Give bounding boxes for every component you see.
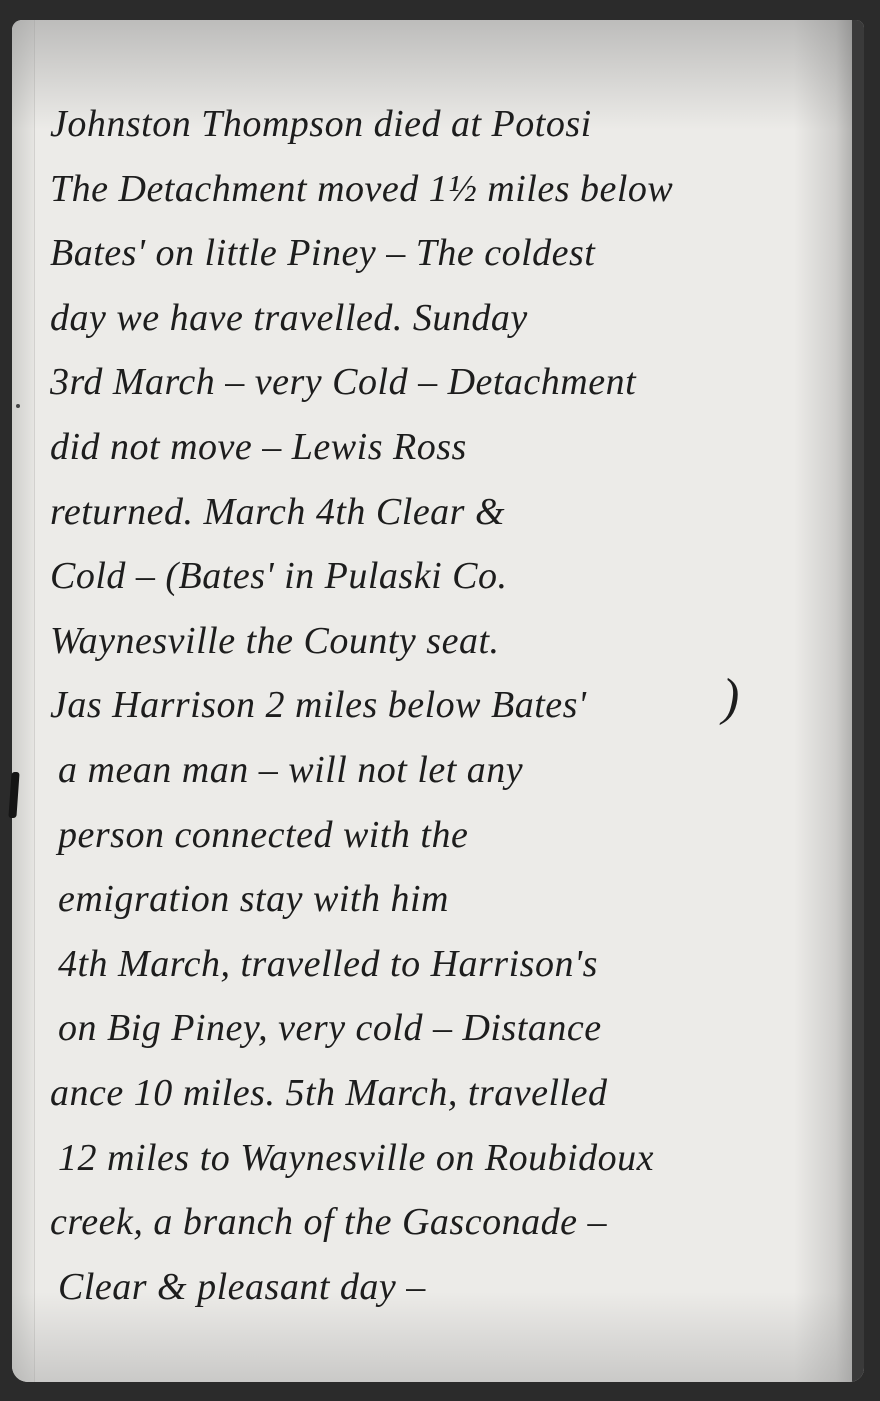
text-line: person connected with the <box>50 803 840 868</box>
text-line: Bates' on little Piney – The coldest <box>50 221 840 286</box>
text-line: a mean man – will not let any <box>50 738 840 803</box>
text-line: 12 miles to Waynesville on Roubidoux <box>50 1126 840 1191</box>
text-line: ance 10 miles. 5th March, travelled <box>50 1061 840 1126</box>
text-line: day we have travelled. Sunday <box>50 286 840 351</box>
closing-bracket: ) <box>722 668 739 727</box>
text-line: creek, a branch of the Gasconade – <box>50 1190 840 1255</box>
text-line: Waynesville the County seat. <box>50 609 840 674</box>
text-line: Clear & pleasant day – <box>50 1255 840 1320</box>
text-line: 3rd March – very Cold – Detachment <box>50 350 840 415</box>
text-line: The Detachment moved 1½ miles below <box>50 157 840 222</box>
page-right-edge <box>852 20 864 1382</box>
binding-edge <box>12 20 35 1382</box>
margin-dot <box>16 404 20 408</box>
text-line: on Big Piney, very cold – Distance <box>50 996 840 1061</box>
text-line: Cold – (Bates' in Pulaski Co. <box>50 544 840 609</box>
text-line: emigration stay with him <box>50 867 840 932</box>
text-line: returned. March 4th Clear & <box>50 480 840 545</box>
text-line: Johnston Thompson died at Potosi <box>50 92 840 157</box>
text-line: did not move – Lewis Ross <box>50 415 840 480</box>
text-line: 4th March, travelled to Harrison's <box>50 932 840 997</box>
